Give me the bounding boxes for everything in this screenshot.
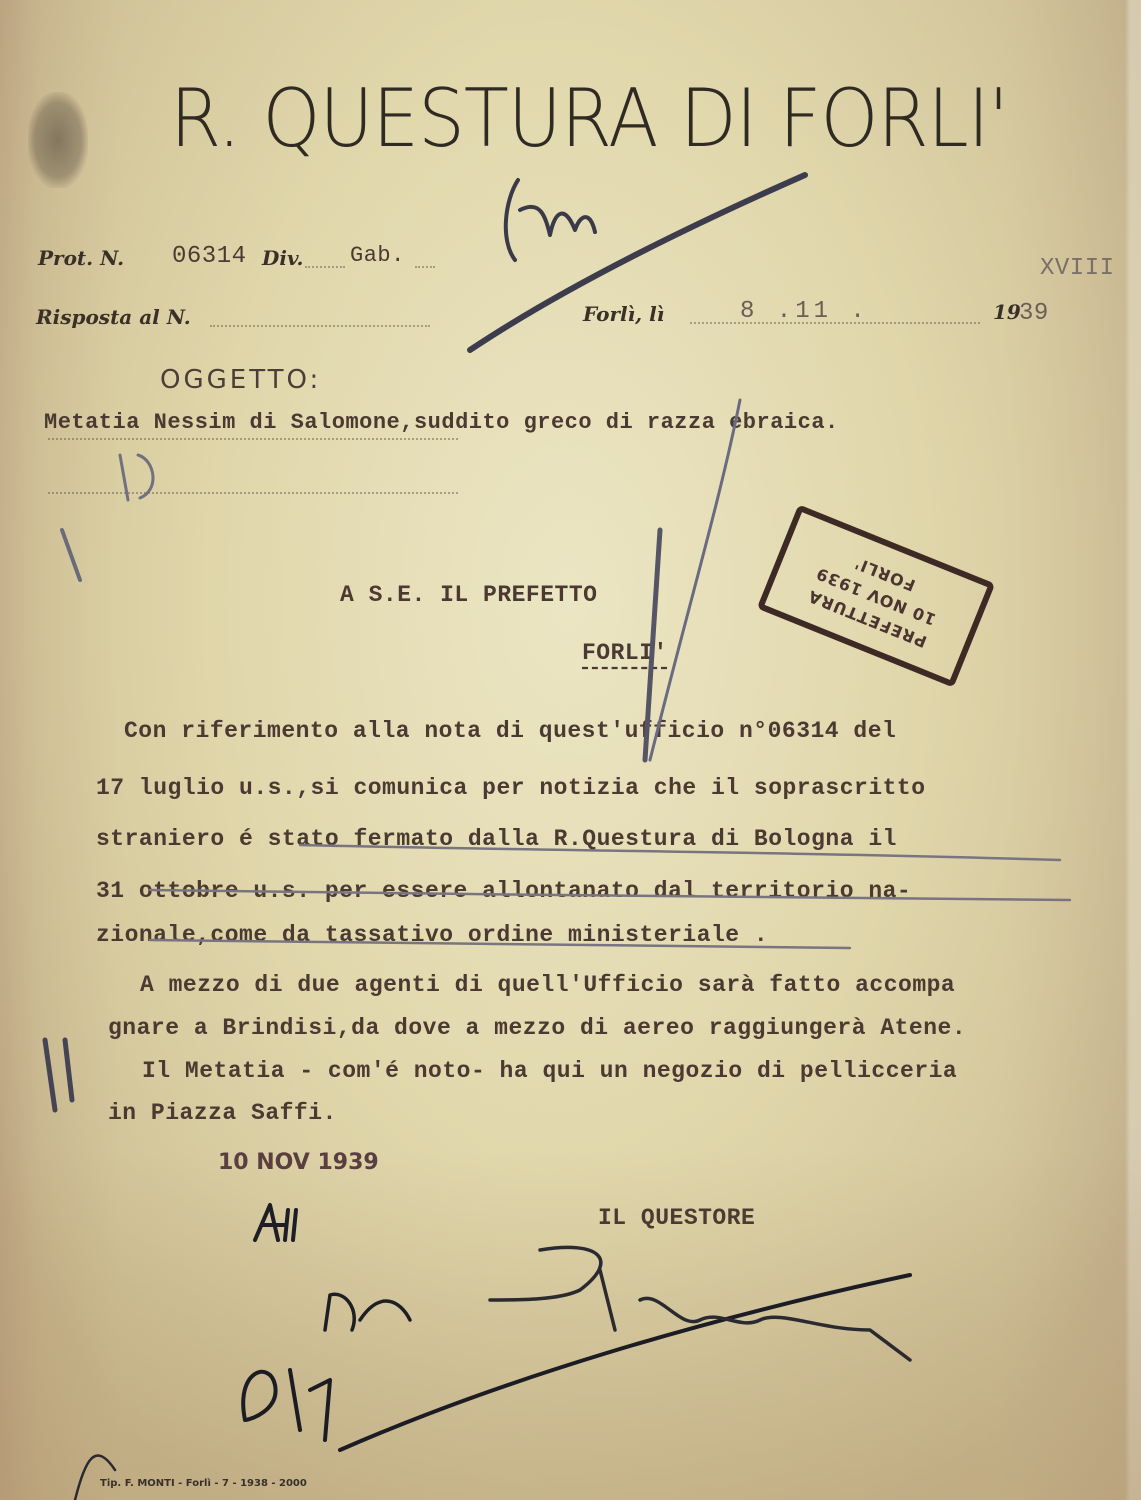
royal-coat-of-arms-icon [28, 92, 88, 188]
date-received-stamp: 10 NOV 1939 [218, 1150, 379, 1175]
body-line: gnare a Brindisi,da dove a mezzo di aere… [108, 1015, 966, 1041]
body-line: in Piazza Saffi. [108, 1100, 337, 1126]
div-dotted-line-end [415, 266, 435, 268]
body-line: Il Metatia - com'é noto- ha qui un negoz… [142, 1058, 957, 1084]
body-line: 17 luglio u.s.,si comunica per notizia c… [96, 775, 926, 801]
risposta-dotted-line [210, 325, 430, 327]
recipient-line-1: A S.E. IL PREFETTO [340, 582, 597, 608]
body-line: 31 ottobre u.s. per essere allontanato d… [96, 878, 911, 904]
risposta-label: Risposta al N. [36, 305, 191, 329]
letter-date: 8 .11 . [740, 298, 869, 325]
printer-imprint: Tip. F. MONTI - Forlì - 7 - 1938 - 2000 [100, 1478, 307, 1489]
body-line: zionale,come da tassativo ordine ministe… [96, 922, 768, 948]
signature-title: IL QUESTORE [598, 1205, 755, 1231]
subject-text: Metatia Nessim di Salomone,suddito greco… [44, 410, 839, 435]
subject-dotted-line-2 [48, 492, 458, 494]
paper-shading [0, 1150, 1141, 1500]
body-line: Con riferimento alla nota di quest'uffic… [124, 718, 896, 744]
year-printed: 19 [993, 300, 1021, 324]
subject-dotted-line [48, 438, 458, 440]
div-label: Div. [262, 246, 304, 270]
year-typed: 39 [1019, 300, 1049, 327]
era-year: XVIII [1040, 255, 1115, 282]
prot-number: 06314 [172, 243, 247, 270]
subject-label: OGGETTO: [160, 365, 321, 395]
letterhead-title: R. QUESTURA DI FORLI' [170, 72, 1008, 165]
prot-label: Prot. N. [38, 246, 124, 270]
place-label: Forlì, lì [583, 302, 664, 326]
body-line: straniero é stato fermato dalla R.Questu… [96, 826, 897, 852]
div-dotted-line [305, 266, 345, 268]
div-value: Gab. [350, 243, 405, 268]
body-line: A mezzo di due agenti di quell'Ufficio s… [140, 972, 955, 998]
recipient-line-2: FORLI' [582, 640, 668, 666]
